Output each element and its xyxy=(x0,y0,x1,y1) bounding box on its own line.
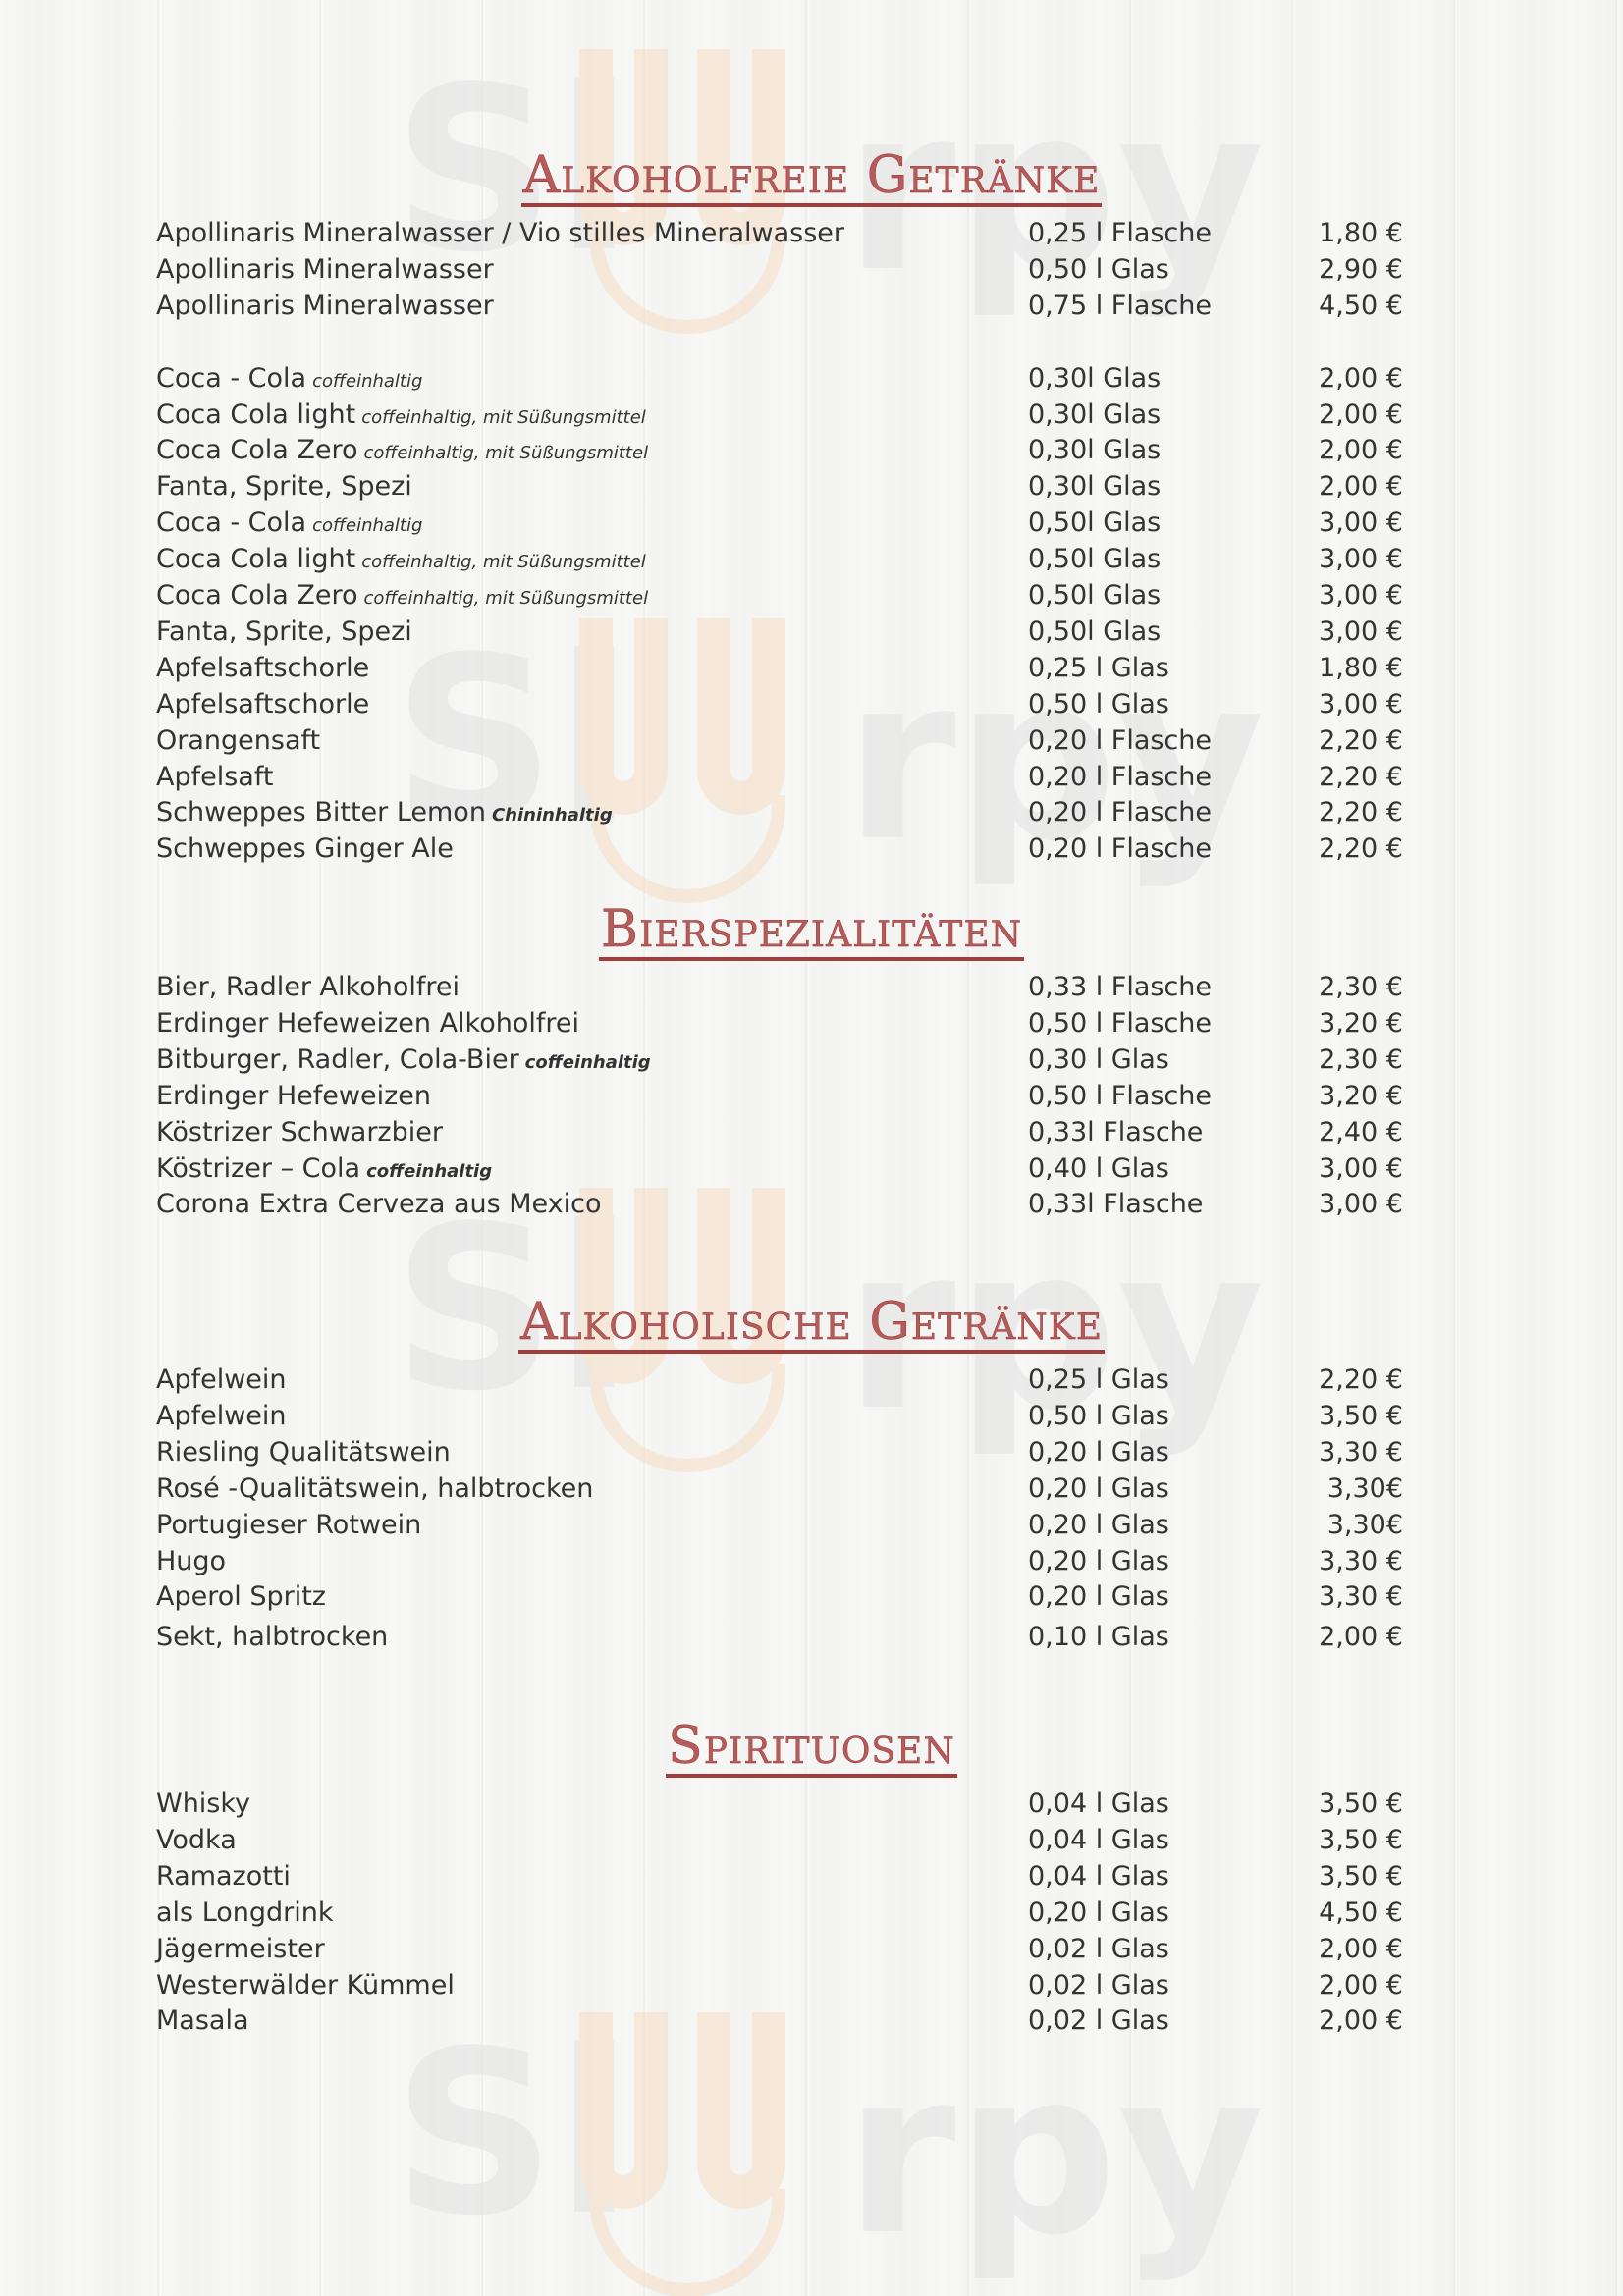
item-name-wrap: Riesling Qualitätswein xyxy=(156,1435,451,1470)
item-volume: 0,40 l Glas xyxy=(1028,1151,1169,1187)
item-price: 3,50 € xyxy=(1319,1823,1403,1858)
menu-item: Apollinaris Mineralwasser0,75 l Flasche4… xyxy=(156,289,1403,324)
menu-item: Coca Cola Zerocoffeinhaltig, mit Süßungs… xyxy=(156,433,1403,468)
item-name-wrap: Apfelsaftschorle xyxy=(156,687,369,722)
item-name: Rosé -Qualitätswein, halbtrocken xyxy=(156,1473,593,1504)
item-price: 2,00 € xyxy=(1319,1932,1403,1967)
item-volume: 0,30 l Glas xyxy=(1028,1042,1169,1078)
item-name-wrap: Apollinaris Mineralwasser / Vio stilles … xyxy=(156,216,844,251)
item-name-wrap: Portugieser Rotwein xyxy=(156,1508,421,1543)
item-name-wrap: Erdinger Hefeweizen xyxy=(156,1079,431,1114)
menu-item: Köstrizer – Colacoffeinhaltig0,40 l Glas… xyxy=(156,1151,1403,1187)
menu-item: Orangensaft0,20 l Flasche2,20 € xyxy=(156,723,1403,759)
section-title: Bierspezialitäten xyxy=(599,903,1024,961)
item-price: 3,30 € xyxy=(1319,1579,1403,1615)
item-name-wrap: Coca - Colacoffeinhaltig xyxy=(156,506,422,544)
item-name-wrap: Coca Cola Zerocoffeinhaltig, mit Süßungs… xyxy=(156,433,648,471)
item-note: Chininhaltig xyxy=(492,805,613,826)
menu-item: Coca Cola lightcoffeinhaltig, mit Süßung… xyxy=(156,542,1403,577)
item-name: Corona Extra Cerveza aus Mexico xyxy=(156,1189,602,1219)
item-price: 3,30€ xyxy=(1327,1508,1403,1543)
item-name-wrap: Whisky xyxy=(156,1787,250,1822)
item-volume: 0,20 l Flasche xyxy=(1028,760,1212,795)
item-volume: 0,30l Glas xyxy=(1028,398,1161,433)
item-price: 2,20 € xyxy=(1319,795,1403,830)
item-name: Vodka xyxy=(156,1825,237,1855)
item-name-wrap: Jägermeister xyxy=(156,1932,325,1967)
item-volume: 0,20 l Flasche xyxy=(1028,723,1212,759)
item-price: 3,20 € xyxy=(1319,1006,1403,1041)
item-price: 2,00 € xyxy=(1319,433,1403,468)
item-volume: 0,20 l Flasche xyxy=(1028,831,1212,867)
menu-item: Apfelwein0,50 l Glas3,50 € xyxy=(156,1399,1403,1434)
section-heading-spirituosen: Spirituosen xyxy=(0,1720,1623,1778)
menu-item: Riesling Qualitätswein0,20 l Glas3,30 € xyxy=(156,1435,1403,1470)
item-name-wrap: Coca Cola lightcoffeinhaltig, mit Süßung… xyxy=(156,542,646,580)
item-name: Apfelsaft xyxy=(156,762,273,792)
item-name: Apfelsaftschorle xyxy=(156,653,369,683)
item-volume: 0,25 l Flasche xyxy=(1028,216,1212,251)
item-volume: 0,75 l Flasche xyxy=(1028,289,1212,324)
section-heading-bierspezialitaeten: Bierspezialitäten xyxy=(0,903,1623,961)
item-volume: 0,04 l Glas xyxy=(1028,1859,1169,1895)
item-name: Portugieser Rotwein xyxy=(156,1510,421,1540)
item-price: 2,00 € xyxy=(1319,2003,1403,2039)
item-name: Coca - Cola xyxy=(156,507,306,538)
item-name: als Longdrink xyxy=(156,1897,334,1928)
item-volume: 0,20 l Glas xyxy=(1028,1579,1169,1615)
item-name: Köstrizer Schwarzbier xyxy=(156,1117,443,1148)
menu-item: Coca Cola Zerocoffeinhaltig, mit Süßungs… xyxy=(156,578,1403,614)
item-name-wrap: Sekt, halbtrocken xyxy=(156,1620,388,1655)
item-volume: 0,25 l Glas xyxy=(1028,651,1169,686)
item-name: Bier, Radler Alkoholfrei xyxy=(156,972,460,1002)
item-note: coffeinhaltig, mit Süßungsmittel xyxy=(361,407,646,428)
item-note: coffeinhaltig, mit Süßungsmittel xyxy=(363,588,648,609)
item-name: Bitburger, Radler, Cola-Bier xyxy=(156,1044,519,1075)
item-price: 3,00 € xyxy=(1319,614,1403,650)
item-name: Apollinaris Mineralwasser / Vio stilles … xyxy=(156,218,844,248)
item-volume: 0,50l Glas xyxy=(1028,542,1161,577)
item-name-wrap: Fanta, Sprite, Spezi xyxy=(156,614,412,650)
menu-item: Jägermeister0,02 l Glas2,00 € xyxy=(156,1932,1403,1967)
item-name-wrap: Schweppes Bitter LemonChininhaltig xyxy=(156,795,613,833)
item-price: 3,50 € xyxy=(1319,1399,1403,1434)
item-volume: 0,30l Glas xyxy=(1028,469,1161,505)
item-name: Orangensaft xyxy=(156,725,320,756)
menu-item: Vodka0,04 l Glas3,50 € xyxy=(156,1823,1403,1858)
menu-item: Portugieser Rotwein0,20 l Glas3,30€ xyxy=(156,1508,1403,1543)
item-name-wrap: Köstrizer Schwarzbier xyxy=(156,1115,443,1150)
menu-item: Rosé -Qualitätswein, halbtrocken0,20 l G… xyxy=(156,1471,1403,1507)
item-price: 3,00 € xyxy=(1319,542,1403,577)
menu-item: Whisky0,04 l Glas3,50 € xyxy=(156,1787,1403,1822)
item-price: 3,50 € xyxy=(1319,1787,1403,1822)
item-name-wrap: Apfelsaftschorle xyxy=(156,651,369,686)
item-name: Whisky xyxy=(156,1789,250,1819)
item-price: 1,80 € xyxy=(1319,216,1403,251)
menu-item: Erdinger Hefeweizen0,50 l Flasche3,20 € xyxy=(156,1079,1403,1114)
item-price: 3,00 € xyxy=(1319,578,1403,614)
item-price: 2,00 € xyxy=(1319,1620,1403,1655)
item-name-wrap: Hugo xyxy=(156,1544,226,1579)
item-price: 2,20 € xyxy=(1319,723,1403,759)
item-price: 2,20 € xyxy=(1319,1362,1403,1398)
item-volume: 0,02 l Glas xyxy=(1028,1968,1169,2003)
item-price: 3,50 € xyxy=(1319,1859,1403,1895)
menu-item: Erdinger Hefeweizen Alkoholfrei0,50 l Fl… xyxy=(156,1006,1403,1041)
item-volume: 0,04 l Glas xyxy=(1028,1787,1169,1822)
item-price: 3,20 € xyxy=(1319,1079,1403,1114)
menu-item: Bitburger, Radler, Cola-Biercoffeinhalti… xyxy=(156,1042,1403,1078)
item-volume: 0,02 l Glas xyxy=(1028,1932,1169,1967)
item-name: Coca Cola Zero xyxy=(156,580,357,611)
item-volume: 0,20 l Glas xyxy=(1028,1544,1169,1579)
item-volume: 0,50l Glas xyxy=(1028,578,1161,614)
item-price: 2,00 € xyxy=(1319,361,1403,397)
item-name: Schweppes Bitter Lemon xyxy=(156,797,486,828)
menu-item: Schweppes Ginger Ale0,20 l Flasche2,20 € xyxy=(156,831,1403,867)
item-name-wrap: Rosé -Qualitätswein, halbtrocken xyxy=(156,1471,593,1507)
item-name-wrap: Orangensaft xyxy=(156,723,320,759)
item-price: 3,00 € xyxy=(1319,687,1403,722)
item-name: Westerwälder Kümmel xyxy=(156,1970,455,2001)
item-name-wrap: Aperol Spritz xyxy=(156,1579,326,1615)
item-volume: 0,30l Glas xyxy=(1028,361,1161,397)
item-name-wrap: Apfelsaft xyxy=(156,760,273,795)
item-name: Jägermeister xyxy=(156,1934,325,1964)
section-title: Alkoholfreie Getränke xyxy=(521,149,1103,207)
item-volume: 0,50l Glas xyxy=(1028,614,1161,650)
item-note: coffeinhaltig, mit Süßungsmittel xyxy=(361,552,646,572)
item-name-wrap: Coca - Colacoffeinhaltig xyxy=(156,361,422,400)
item-name: Riesling Qualitätswein xyxy=(156,1437,451,1468)
menu-item: Aperol Spritz0,20 l Glas3,30 € xyxy=(156,1579,1403,1615)
item-name: Apfelsaftschorle xyxy=(156,689,369,720)
menu-item: Hugo0,20 l Glas3,30 € xyxy=(156,1544,1403,1579)
item-price: 2,30 € xyxy=(1319,1042,1403,1078)
item-price: 4,50 € xyxy=(1319,289,1403,324)
item-name-wrap: Fanta, Sprite, Spezi xyxy=(156,469,412,505)
menu-item: Fanta, Sprite, Spezi0,30l Glas2,00 € xyxy=(156,469,1403,505)
section-title: Spirituosen xyxy=(666,1720,957,1778)
item-name: Apollinaris Mineralwasser xyxy=(156,291,494,321)
item-name: Schweppes Ginger Ale xyxy=(156,833,454,864)
item-name-wrap: Vodka xyxy=(156,1823,237,1858)
menu-item: Apfelsaftschorle0,50 l Glas3,00 € xyxy=(156,687,1403,722)
item-name: Coca Cola light xyxy=(156,400,355,430)
item-note: coffeinhaltig xyxy=(366,1161,492,1182)
item-volume: 0,50 l Glas xyxy=(1028,687,1169,722)
menu-item: Masala0,02 l Glas2,00 € xyxy=(156,2003,1403,2039)
menu-item: Apfelwein0,25 l Glas2,20 € xyxy=(156,1362,1403,1398)
item-name-wrap: als Longdrink xyxy=(156,1896,334,1931)
item-price: 3,30 € xyxy=(1319,1544,1403,1579)
item-volume: 0,20 l Glas xyxy=(1028,1508,1169,1543)
item-name: Apfelwein xyxy=(156,1401,287,1431)
item-name: Coca Cola light xyxy=(156,544,355,574)
item-name-wrap: Schweppes Ginger Ale xyxy=(156,831,454,867)
item-name-wrap: Apollinaris Mineralwasser xyxy=(156,252,494,288)
item-name-wrap: Westerwälder Kümmel xyxy=(156,1968,455,2003)
item-note: coffeinhaltig xyxy=(312,515,422,536)
item-name-wrap: Erdinger Hefeweizen Alkoholfrei xyxy=(156,1006,579,1041)
menu-item: Sekt, halbtrocken0,10 l Glas2,00 € xyxy=(156,1620,1403,1655)
menu-item: Coca Cola lightcoffeinhaltig, mit Süßung… xyxy=(156,398,1403,433)
item-name: Ramazotti xyxy=(156,1861,291,1892)
item-name-wrap: Coca Cola lightcoffeinhaltig, mit Süßung… xyxy=(156,398,646,436)
item-name-wrap: Apfelwein xyxy=(156,1362,287,1398)
menu-item: Apfelsaft0,20 l Flasche2,20 € xyxy=(156,760,1403,795)
menu-item: Westerwälder Kümmel0,02 l Glas2,00 € xyxy=(156,1968,1403,2003)
item-name-wrap: Ramazotti xyxy=(156,1859,291,1895)
item-price: 2,20 € xyxy=(1319,831,1403,867)
item-volume: 0,33 l Flasche xyxy=(1028,970,1212,1005)
item-volume: 0,50 l Glas xyxy=(1028,252,1169,288)
item-name-wrap: Bitburger, Radler, Cola-Biercoffeinhalti… xyxy=(156,1042,651,1081)
item-volume: 0,25 l Glas xyxy=(1028,1362,1169,1398)
menu-item: Apollinaris Mineralwasser0,50 l Glas2,90… xyxy=(156,252,1403,288)
item-name: Erdinger Hefeweizen Alkoholfrei xyxy=(156,1008,579,1039)
item-price: 3,30€ xyxy=(1327,1471,1403,1507)
item-volume: 0,02 l Glas xyxy=(1028,2003,1169,2039)
item-volume: 0,30l Glas xyxy=(1028,433,1161,468)
item-note: coffeinhaltig, mit Süßungsmittel xyxy=(363,443,648,463)
item-price: 2,00 € xyxy=(1319,469,1403,505)
menu-item: Coca - Colacoffeinhaltig0,30l Glas2,00 € xyxy=(156,361,1403,397)
item-volume: 0,50 l Flasche xyxy=(1028,1006,1212,1041)
item-price: 2,90 € xyxy=(1319,252,1403,288)
item-note: coffeinhaltig xyxy=(525,1052,651,1073)
item-name: Erdinger Hefeweizen xyxy=(156,1081,431,1111)
item-volume: 0,33l Flasche xyxy=(1028,1187,1203,1222)
item-price: 2,30 € xyxy=(1319,970,1403,1005)
menu-item: Apollinaris Mineralwasser / Vio stilles … xyxy=(156,216,1403,251)
item-name: Masala xyxy=(156,2005,249,2036)
drinks-menu: Alkoholfreie GetränkeApollinaris Mineral… xyxy=(0,0,1623,2296)
item-name: Aperol Spritz xyxy=(156,1581,326,1612)
item-price: 2,00 € xyxy=(1319,1968,1403,2003)
item-name-wrap: Bier, Radler Alkoholfrei xyxy=(156,970,460,1005)
item-price: 2,40 € xyxy=(1319,1115,1403,1150)
item-price: 3,30 € xyxy=(1319,1435,1403,1470)
item-volume: 0,04 l Glas xyxy=(1028,1823,1169,1858)
item-name: Fanta, Sprite, Spezi xyxy=(156,616,412,647)
item-name-wrap: Apollinaris Mineralwasser xyxy=(156,289,494,324)
item-note: coffeinhaltig xyxy=(312,371,422,392)
item-price: 4,50 € xyxy=(1319,1896,1403,1931)
item-name: Coca Cola Zero xyxy=(156,435,357,465)
section-heading-alkoholische-getraenke: Alkoholische Getränke xyxy=(0,1296,1623,1354)
item-volume: 0,20 l Glas xyxy=(1028,1896,1169,1931)
item-price: 2,00 € xyxy=(1319,398,1403,433)
item-price: 1,80 € xyxy=(1319,651,1403,686)
item-volume: 0,50 l Flasche xyxy=(1028,1079,1212,1114)
item-volume: 0,20 l Flasche xyxy=(1028,795,1212,830)
item-price: 3,00 € xyxy=(1319,506,1403,541)
menu-item: Bier, Radler Alkoholfrei0,33 l Flasche2,… xyxy=(156,970,1403,1005)
menu-item: Coca - Colacoffeinhaltig0,50l Glas3,00 € xyxy=(156,506,1403,541)
menu-item: Corona Extra Cerveza aus Mexico0,33l Fla… xyxy=(156,1187,1403,1222)
item-name: Sekt, halbtrocken xyxy=(156,1622,388,1652)
menu-item: Apfelsaftschorle0,25 l Glas1,80 € xyxy=(156,651,1403,686)
item-name: Fanta, Sprite, Spezi xyxy=(156,471,412,502)
item-name: Coca - Cola xyxy=(156,363,306,394)
item-name-wrap: Apfelwein xyxy=(156,1399,287,1434)
item-price: 3,00 € xyxy=(1319,1187,1403,1222)
item-name-wrap: Coca Cola Zerocoffeinhaltig, mit Süßungs… xyxy=(156,578,648,616)
item-volume: 0,50 l Glas xyxy=(1028,1399,1169,1434)
item-volume: 0,50l Glas xyxy=(1028,506,1161,541)
item-name-wrap: Masala xyxy=(156,2003,249,2039)
item-name-wrap: Corona Extra Cerveza aus Mexico xyxy=(156,1187,602,1222)
item-name-wrap: Köstrizer – Colacoffeinhaltig xyxy=(156,1151,492,1190)
item-volume: 0,20 l Glas xyxy=(1028,1471,1169,1507)
menu-item: Ramazotti0,04 l Glas3,50 € xyxy=(156,1859,1403,1895)
section-heading-alkoholfreie-getraenke: Alkoholfreie Getränke xyxy=(0,149,1623,207)
menu-item: als Longdrink0,20 l Glas4,50 € xyxy=(156,1896,1403,1931)
menu-item: Fanta, Sprite, Spezi0,50l Glas3,00 € xyxy=(156,614,1403,650)
item-volume: 0,20 l Glas xyxy=(1028,1435,1169,1470)
item-name: Köstrizer – Cola xyxy=(156,1153,360,1184)
item-volume: 0,10 l Glas xyxy=(1028,1620,1169,1655)
item-name: Hugo xyxy=(156,1546,226,1576)
item-name: Apollinaris Mineralwasser xyxy=(156,254,494,285)
section-title: Alkoholische Getränke xyxy=(518,1296,1105,1354)
item-volume: 0,33l Flasche xyxy=(1028,1115,1203,1150)
menu-item: Köstrizer Schwarzbier0,33l Flasche2,40 € xyxy=(156,1115,1403,1150)
item-price: 3,00 € xyxy=(1319,1151,1403,1187)
menu-item: Schweppes Bitter LemonChininhaltig0,20 l… xyxy=(156,795,1403,830)
item-price: 2,20 € xyxy=(1319,760,1403,795)
item-name: Apfelwein xyxy=(156,1364,287,1395)
